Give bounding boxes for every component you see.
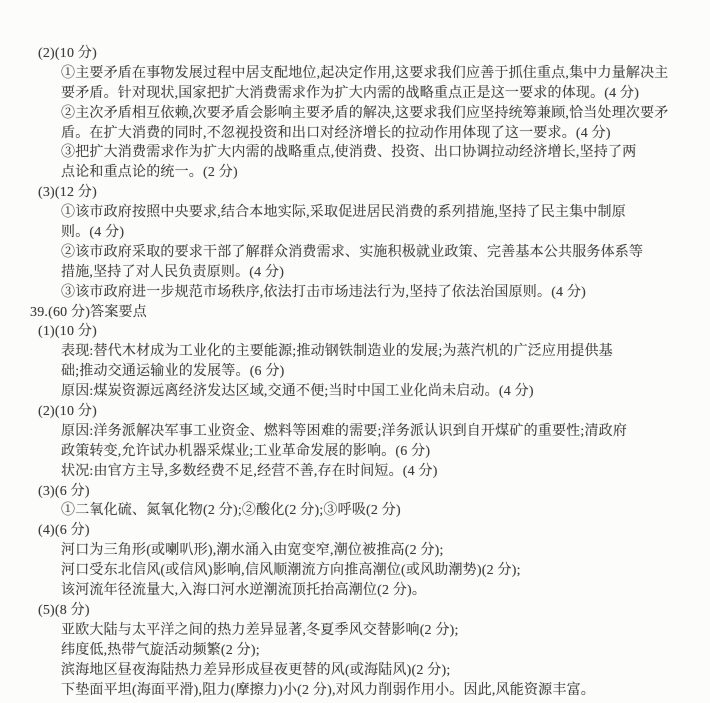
answer-text-line: 点论和重点论的统一。(2 分) [0, 163, 710, 183]
answer-text-line: 则。(4 分) [0, 223, 710, 243]
answer-text-line: 盾。在扩大消费的同时,不忽视投资和出口对经济增长的拉动作用体现了这一要求。(4 … [0, 124, 710, 144]
answer-text-line: 下垫面平坦(海面平滑),阻力(摩擦力)小(2 分),对风力削弱作用小。因此,风能… [0, 681, 710, 701]
answer-text-line: ①主要矛盾在事物发展过程中居支配地位,起决定作用,这要求我们应善于抓住重点,集中… [0, 64, 710, 84]
answer-text-line: 政策转变,允许试办机器采煤业;工业革命发展的影响。(6 分) [0, 442, 710, 462]
answer-text-line: 该河流年径流量大,入海口河水逆潮流顶托抬高潮位(2 分)。 [0, 581, 710, 601]
answer-text-line: 原因:煤炭资源远离经济发达区域,交通不便;当时中国工业化尚未启动。(4 分) [0, 382, 710, 402]
scanned-answer-key-page: (2)(10 分)①主要矛盾在事物发展过程中居支配地位,起决定作用,这要求我们应… [0, 0, 710, 703]
answer-text-line: 亚欧大陆与太平洋之间的热力差异显著,冬夏季风交替影响(2 分); [0, 621, 710, 641]
subquestion-heading-line: (3)(12 分) [0, 183, 710, 203]
subquestion-heading-line: (5)(8 分) [0, 601, 710, 621]
answer-text-line: 表现:替代木材成为工业化的主要能源;推动钢铁制造业的发展;为蒸汽机的广泛应用提供… [0, 342, 710, 362]
answer-text-line: 础;推动交通运输业的发展等。(6 分) [0, 362, 710, 382]
answer-text-line: 纬度低,热带气旋活动频繁(2 分); [0, 641, 710, 661]
subquestion-heading-line: (3)(6 分) [0, 482, 710, 502]
answer-text-line: ②主次矛盾相互依赖,次要矛盾会影响主要矛盾的解决,这要求我们应坚持统筹兼顾,恰当… [0, 104, 710, 124]
answer-text-line: 措施,坚持了对人民负责原则。(4 分) [0, 263, 710, 283]
subquestion-heading-line: (2)(10 分) [0, 402, 710, 422]
answer-text-line: 河口为三角形(或喇叭形),潮水涌入由宽变窄,潮位被推高(2 分); [0, 541, 710, 561]
question-number-line: 39.(60 分)答案要点 [0, 303, 710, 323]
subquestion-heading-line: (4)(6 分) [0, 521, 710, 541]
answer-text-line: 状况:由官方主导,多数经费不足,经营不善,存在时间短。(4 分) [0, 462, 710, 482]
answer-text-line: ①该市政府按照中央要求,结合本地实际,采取促进居民消费的系列措施,坚持了民主集中… [0, 203, 710, 223]
answer-text-line: 要矛盾。针对现状,国家把扩大消费需求作为扩大内需的战略重点正是这一要求的体现。(… [0, 84, 710, 104]
answer-text-line: ①二氧化硫、氮氧化物(2 分);②酸化(2 分);③呼吸(2 分) [0, 501, 710, 521]
answer-text-line: ②该市政府采取的要求干部了解群众消费需求、实施积极就业政策、完善基本公共服务体系… [0, 243, 710, 263]
document-lines: (2)(10 分)①主要矛盾在事物发展过程中居支配地位,起决定作用,这要求我们应… [0, 0, 710, 700]
answer-text-line: 滨海地区昼夜海陆热力差异形成昼夜更替的风(或海陆风)(2 分); [0, 661, 710, 681]
subquestion-heading-line: (1)(10 分) [0, 322, 710, 342]
answer-text-line: ③把扩大消费需求作为扩大内需的战略重点,使消费、投资、出口协调拉动经济增长,坚持… [0, 143, 710, 163]
answer-text-line: 原因:洋务派解决军事工业资金、燃料等困难的需要;洋务派认识到自开煤矿的重要性;清… [0, 422, 710, 442]
answer-text-line: ③该市政府进一步规范市场秩序,依法打击市场违法行为,坚持了依法治国原则。(4 分… [0, 283, 710, 303]
answer-text-line: 河口受东北信风(或信风)影响,信风顺潮流方向推高潮位(或风助潮势)(2 分); [0, 561, 710, 581]
subquestion-heading-line: (2)(10 分) [0, 44, 710, 64]
